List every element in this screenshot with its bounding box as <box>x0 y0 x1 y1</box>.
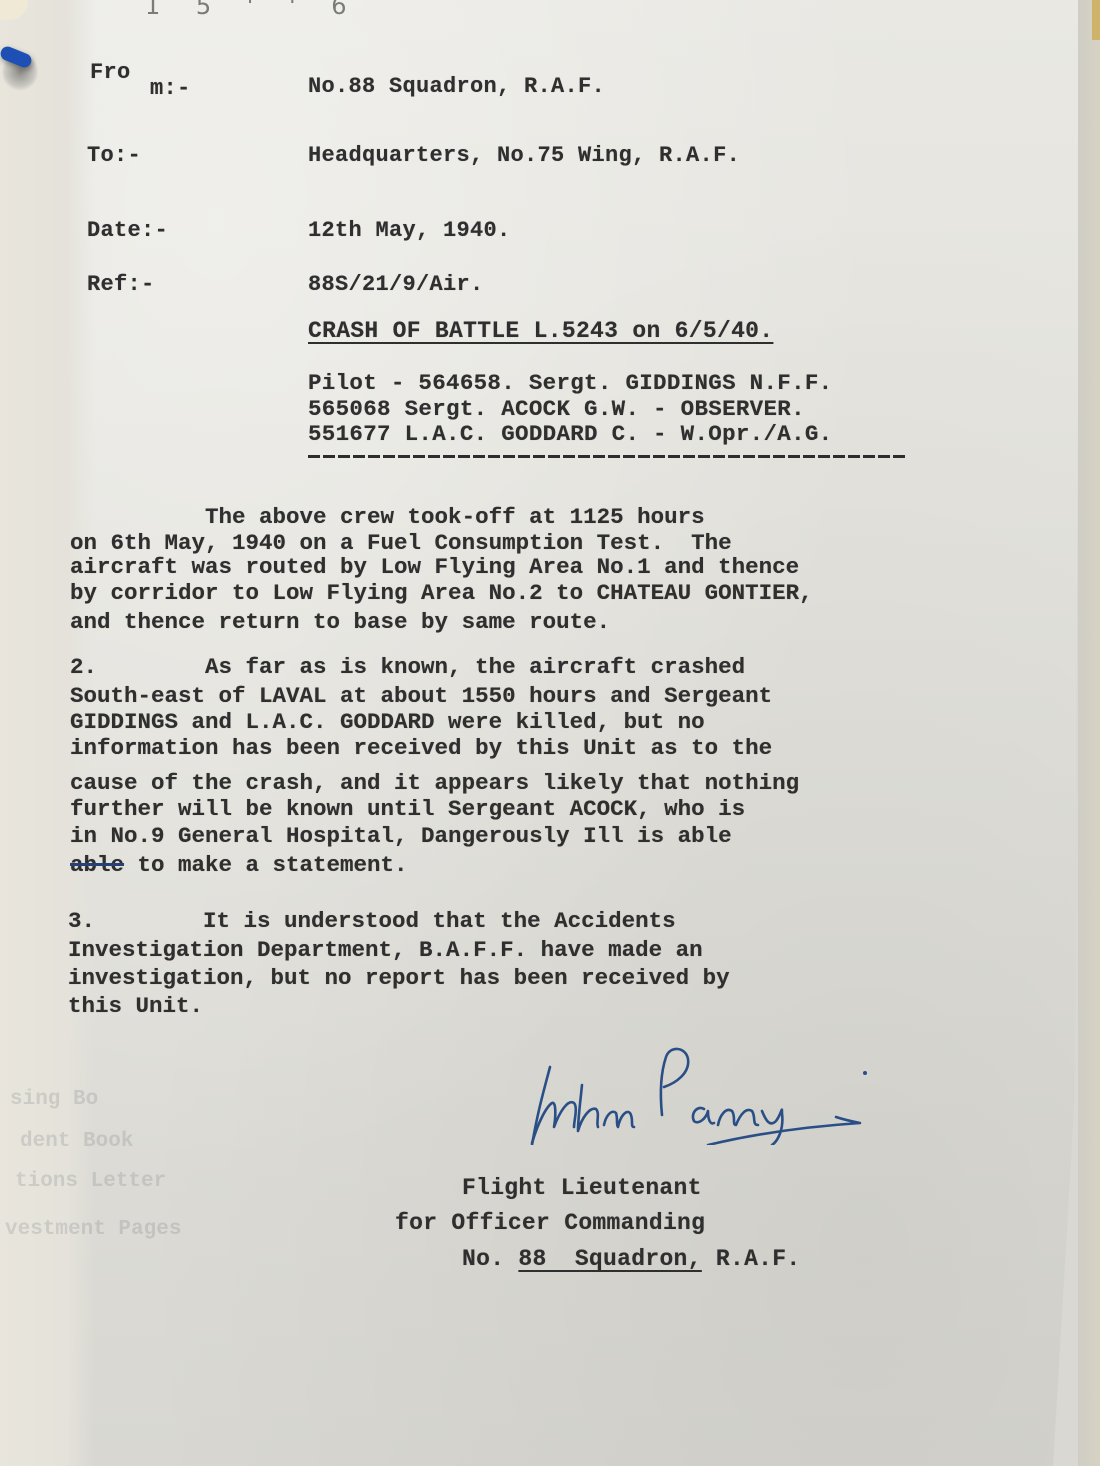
struck-word: able <box>70 852 124 878</box>
crew-member-pilot: Pilot - 564658. Sergt. GIDDINGS N.F.F. <box>308 370 832 396</box>
crew-member-wop-ag: 551677 L.A.C. GODDARD C. - W.Opr./A.G. <box>308 421 832 447</box>
from-value: No.88 Squadron, R.A.F. <box>308 74 605 99</box>
paragraph-line: information has been received by this Un… <box>70 735 772 762</box>
show-through-text: vestment Pages <box>5 1218 181 1241</box>
signatory-unit: No. 88 Squadron, R.A.F. <box>462 1246 800 1272</box>
paragraph-line: aircraft was routed by Low Flying Area N… <box>70 554 799 581</box>
paragraph-line: on 6th May, 1940 on a Fuel Consumption T… <box>70 530 732 557</box>
date-value: 12th May, 1940. <box>308 218 511 243</box>
paragraph-line: able to make a statement. <box>70 852 408 879</box>
show-through-text: tions Letter <box>15 1170 166 1193</box>
paragraph-line: in No.9 General Hospital, Dangerously Il… <box>70 823 732 850</box>
paragraph-line: 3. It is understood that the Accidents <box>68 908 676 935</box>
paper-right-edge <box>1078 0 1100 1466</box>
show-through-text: sing Bo <box>10 1088 98 1111</box>
subject-heading: CRASH OF BATTLE L.5243 on 6/5/40. <box>308 318 773 344</box>
paragraph-line-rest: to make a statement. <box>124 852 408 878</box>
paragraph-line: and thence return to base by same route. <box>70 609 610 636</box>
paragraph-line: cause of the crash, and it appears likel… <box>70 770 799 797</box>
crew-member-observer: 565068 Sergt. ACOCK G.W. - OBSERVER. <box>308 396 805 422</box>
ref-label: Ref:- <box>87 272 155 297</box>
paragraph-line: The above crew took-off at 1125 hours <box>70 504 705 531</box>
from-label: Fro <box>90 60 131 85</box>
ref-value: 88S/21/9/Air. <box>308 272 484 297</box>
paragraph-line: South-east of LAVAL at about 1550 hours … <box>70 683 772 710</box>
paragraph-line: by corridor to Low Flying Area No.2 to C… <box>70 580 813 607</box>
to-value: Headquarters, No.75 Wing, R.A.F. <box>308 143 740 168</box>
top-handwritten-marks: 1 5 ' ' 6 <box>145 0 361 20</box>
unit-underlined: 88 Squadron, <box>518 1246 701 1272</box>
paragraph-line: investigation, but no report has been re… <box>68 965 730 992</box>
paragraph-line: GIDDINGS and L.A.C. GODDARD were killed,… <box>70 709 705 736</box>
unit-suffix: R.A.F. <box>702 1246 801 1272</box>
to-label: To:- <box>87 143 141 168</box>
signatory-rank: Flight Lieutenant <box>462 1175 702 1201</box>
from-label-suffix: m:- <box>150 76 191 101</box>
handwritten-signature <box>520 1035 880 1145</box>
paragraph-line: 2. As far as is known, the aircraft cras… <box>70 654 745 681</box>
edge-tape <box>1092 0 1100 40</box>
paragraph-line: Investigation Department, B.A.F.F. have … <box>68 937 703 964</box>
paragraph-line: further will be known until Sergeant ACO… <box>70 796 745 823</box>
dashed-divider <box>308 455 908 458</box>
signatory-capacity: for Officer Commanding <box>395 1210 705 1236</box>
show-through-text: dent Book <box>20 1130 133 1153</box>
date-label: Date:- <box>87 218 168 243</box>
unit-prefix: No. <box>462 1246 518 1272</box>
paragraph-line: this Unit. <box>68 993 203 1020</box>
